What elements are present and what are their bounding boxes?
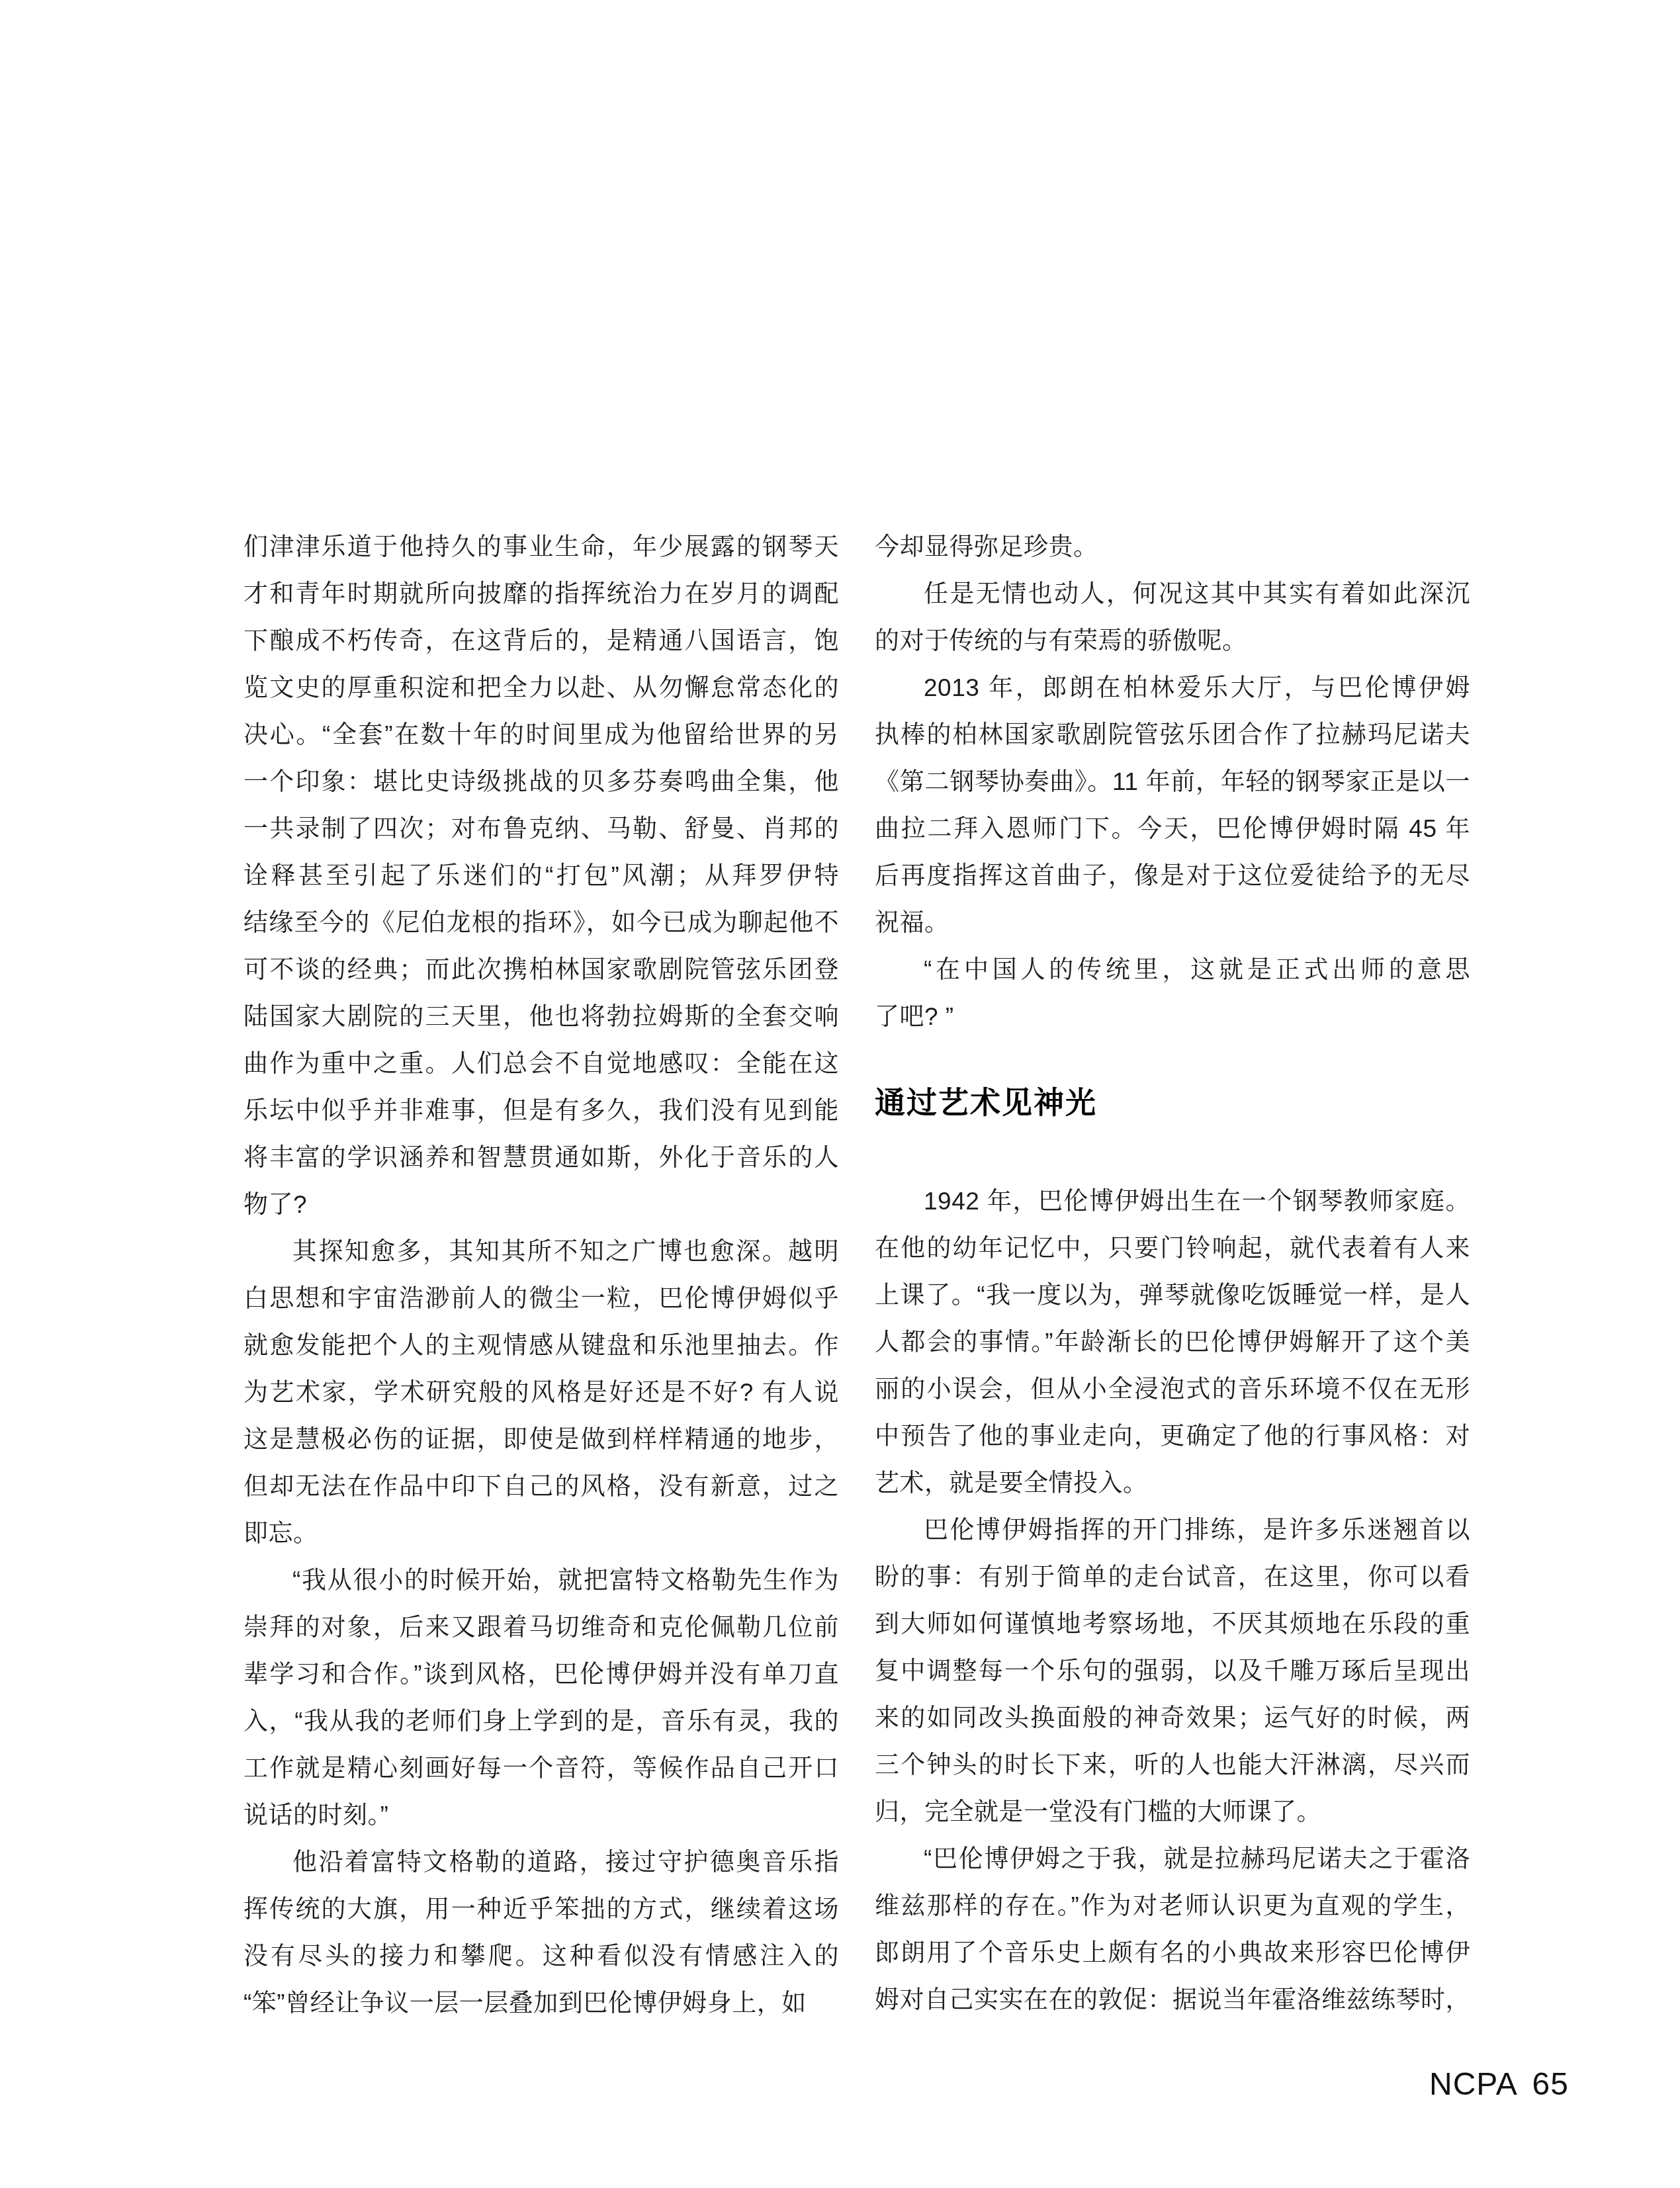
left-column: 们津津乐道于他持久的事业生命，年少展露的钢琴天才和青年时期就所向披靡的指挥统治力…: [243, 523, 839, 2027]
text-line: 今却显得弥足珍贵。: [875, 523, 1470, 570]
magazine-page: 们津津乐道于他持久的事业生命，年少展露的钢琴天才和青年时期就所向披靡的指挥统治力…: [0, 0, 1680, 2188]
text-line: 览文史的厚重积淀和把全力以赴、从勿懈怠常态化的: [243, 664, 839, 711]
text-line: 了吧? ”: [875, 993, 1470, 1040]
text-line: 挥传统的大旗，用一种近乎笨拙的方式，继续着这场: [243, 1886, 839, 1933]
text-line: 将丰富的学识涵养和智慧贯通如斯，外化于音乐的人: [243, 1134, 839, 1181]
text-line: 工作就是精心刻画好每一个音符，等候作品自己开口: [243, 1745, 839, 1792]
text-line: 的对于传统的与有荣焉的骄傲呢。: [875, 617, 1470, 664]
text-line: 巴伦博伊姆指挥的开门排练，是许多乐迷翘首以: [875, 1507, 1470, 1553]
text-line: 祝福。: [875, 899, 1470, 946]
text-line: 一个印象：堪比史诗级挑战的贝多芬奏鸣曲全集，他: [243, 758, 839, 805]
text-line: 1942 年，巴伦博伊姆出生在一个钢琴教师家庭。: [875, 1178, 1470, 1225]
text-line: 2013 年，郎朗在柏林爱乐大厅，与巴伦博伊姆: [875, 664, 1470, 711]
text-line: 三个钟头的时长下来，听的人也能大汗淋漓，尽兴而: [875, 1741, 1470, 1788]
text-line: 上课了。“我一度以为，弹琴就像吃饭睡觉一样，是人: [875, 1272, 1470, 1319]
text-line: 艺术，就是要全情投入。: [875, 1460, 1470, 1507]
text-line: 他沿着富特文格勒的道路，接过守护德奥音乐指: [243, 1839, 839, 1886]
text-line: 在他的幼年记忆中，只要门铃响起，就代表着有人来: [875, 1225, 1470, 1272]
text-line: 这是慧极必伤的证据，即使是做到样样精通的地步，: [243, 1416, 839, 1463]
text-line: 维兹那样的存在。”作为对老师认识更为直观的学生，: [875, 1882, 1470, 1929]
right-column: 今却显得弥足珍贵。任是无情也动人，何况这其中其实有着如此深沉的对于传统的与有荣焉…: [875, 523, 1470, 2023]
text-line: “在中国人的传统里，这就是正式出师的意思: [875, 946, 1470, 993]
text-line: 说话的时刻。”: [243, 1792, 839, 1839]
text-line: 曲作为重中之重。人们总会不自觉地感叹：全能在这: [243, 1040, 839, 1087]
text-line: 没有尽头的接力和攀爬。这种看似没有情感注入的: [243, 1933, 839, 1980]
text-line: 白思想和宇宙浩渺前人的微尘一粒，巴伦博伊姆似乎: [243, 1275, 839, 1322]
text-line: 乐坛中似乎并非难事，但是有多久，我们没有见到能: [243, 1087, 839, 1134]
text-line: 为艺术家，学术研究般的风格是好还是不好? 有人说: [243, 1369, 839, 1416]
text-line: “我从很小的时候开始，就把富特文格勒先生作为: [243, 1557, 839, 1604]
text-line: 但却无法在作品中印下自己的风格，没有新意，过之: [243, 1463, 839, 1510]
text-line: 后再度指挥这首曲子，像是对于这位爱徒给予的无尽: [875, 852, 1470, 899]
text-line: 可不谈的经典；而此次携柏林国家歌剧院管弦乐团登: [243, 946, 839, 993]
text-line: 物了?: [243, 1181, 839, 1228]
text-line: 曲拉二拜入恩师门下。今天，巴伦博伊姆时隔 45 年: [875, 805, 1470, 852]
text-line: 丽的小误会，但从小全浸泡式的音乐环境不仅在无形: [875, 1366, 1470, 1413]
text-line: 到大师如何谨慎地考察场地，不厌其烦地在乐段的重: [875, 1600, 1470, 1647]
text-line: 决心。“全套”在数十年的时间里成为他留给世界的另: [243, 711, 839, 758]
text-line: 人都会的事情。”年龄渐长的巴伦博伊姆解开了这个美: [875, 1319, 1470, 1366]
text-line: 就愈发能把个人的主观情感从键盘和乐池里抽去。作: [243, 1322, 839, 1369]
text-line: 归，完全就是一堂没有门槛的大师课了。: [875, 1788, 1470, 1835]
text-line: 中预告了他的事业走向，更确定了他的行事风格：对: [875, 1413, 1470, 1460]
text-line: 才和青年时期就所向披靡的指挥统治力在岁月的调配: [243, 570, 839, 617]
text-line: 《第二钢琴协奏曲》。11 年前，年轻的钢琴家正是以一: [875, 758, 1470, 805]
text-line: 任是无情也动人，何况这其中其实有着如此深沉: [875, 570, 1470, 617]
text-line: 即忘。: [243, 1510, 839, 1557]
text-line: 执棒的柏林国家歌剧院管弦乐团合作了拉赫玛尼诺夫: [875, 711, 1470, 758]
text-line: 姆对自己实实在在的敦促：据说当年霍洛维兹练琴时，: [875, 1976, 1470, 2023]
text-line: 复中调整每一个乐句的强弱，以及千雕万琢后呈现出: [875, 1647, 1470, 1694]
text-line: 诠释甚至引起了乐迷们的“打包”风潮；从拜罗伊特: [243, 852, 839, 899]
text-line: 崇拜的对象，后来又跟着马切维奇和克伦佩勒几位前: [243, 1604, 839, 1651]
text-line: “巴伦博伊姆之于我，就是拉赫玛尼诺夫之于霍洛: [875, 1835, 1470, 1882]
text-line: 陆国家大剧院的三天里，他也将勃拉姆斯的全套交响: [243, 993, 839, 1040]
text-line: 一共录制了四次；对布鲁克纳、马勒、舒曼、肖邦的: [243, 805, 839, 852]
text-line: “笨”曾经让争议一层一层叠加到巴伦博伊姆身上，如: [243, 1980, 839, 2027]
text-line: 其探知愈多，其知其所不知之广博也愈深。越明: [243, 1228, 839, 1275]
text-line: 盼的事：有别于简单的走台试音，在这里，你可以看: [875, 1553, 1470, 1600]
text-line: 结缘至今的《尼伯龙根的指环》，如今已成为聊起他不: [243, 899, 839, 946]
text-line: 郎朗用了个音乐史上颇有名的小典故来形容巴伦博伊: [875, 1929, 1470, 1976]
page-number: NCPA 65: [1429, 2068, 1569, 2101]
text-line: 入，“我从我的老师们身上学到的是，音乐有灵，我的: [243, 1698, 839, 1745]
text-line: 下酿成不朽传奇，在这背后的，是精通八国语言，饱: [243, 617, 839, 664]
text-line: 来的如同改头换面般的神奇效果；运气好的时候，两: [875, 1694, 1470, 1741]
text-line: 们津津乐道于他持久的事业生命，年少展露的钢琴天: [243, 523, 839, 570]
section-heading: 通过艺术见神光: [875, 1084, 1470, 1121]
text-line: 辈学习和合作。”谈到风格，巴伦博伊姆并没有单刀直: [243, 1651, 839, 1698]
